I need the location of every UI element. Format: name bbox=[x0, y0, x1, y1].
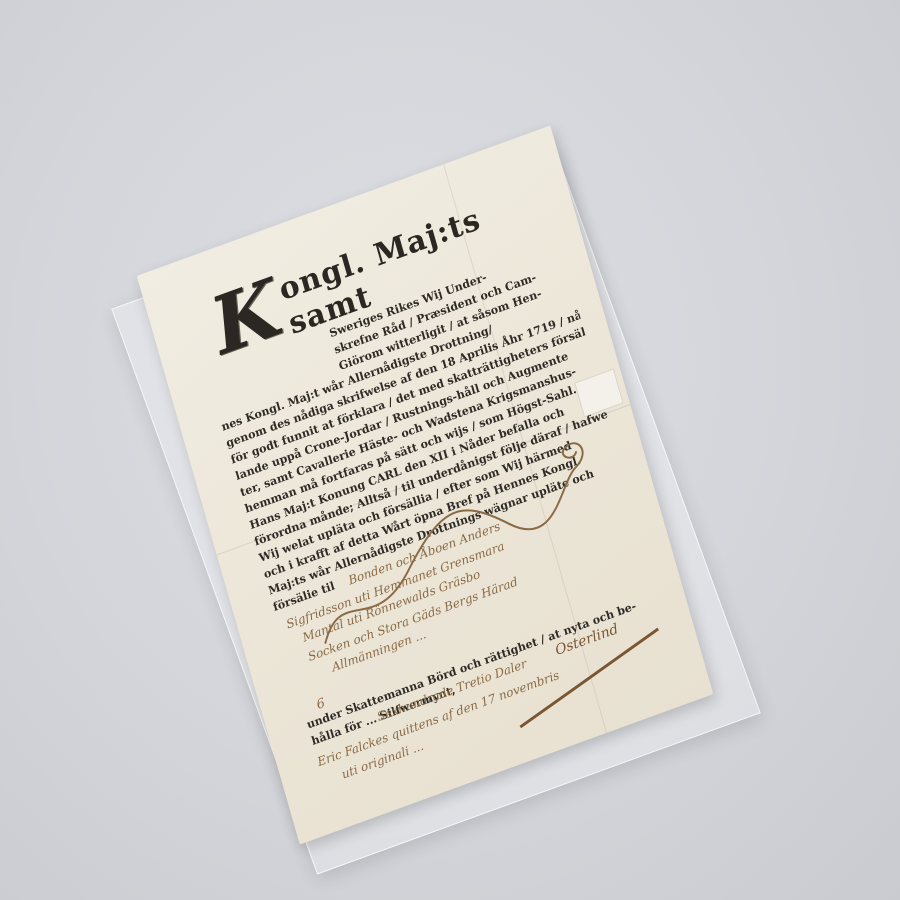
photo-scene: K ongl. Maj:ts samt Sweriges Rikes Wij U… bbox=[0, 0, 900, 900]
